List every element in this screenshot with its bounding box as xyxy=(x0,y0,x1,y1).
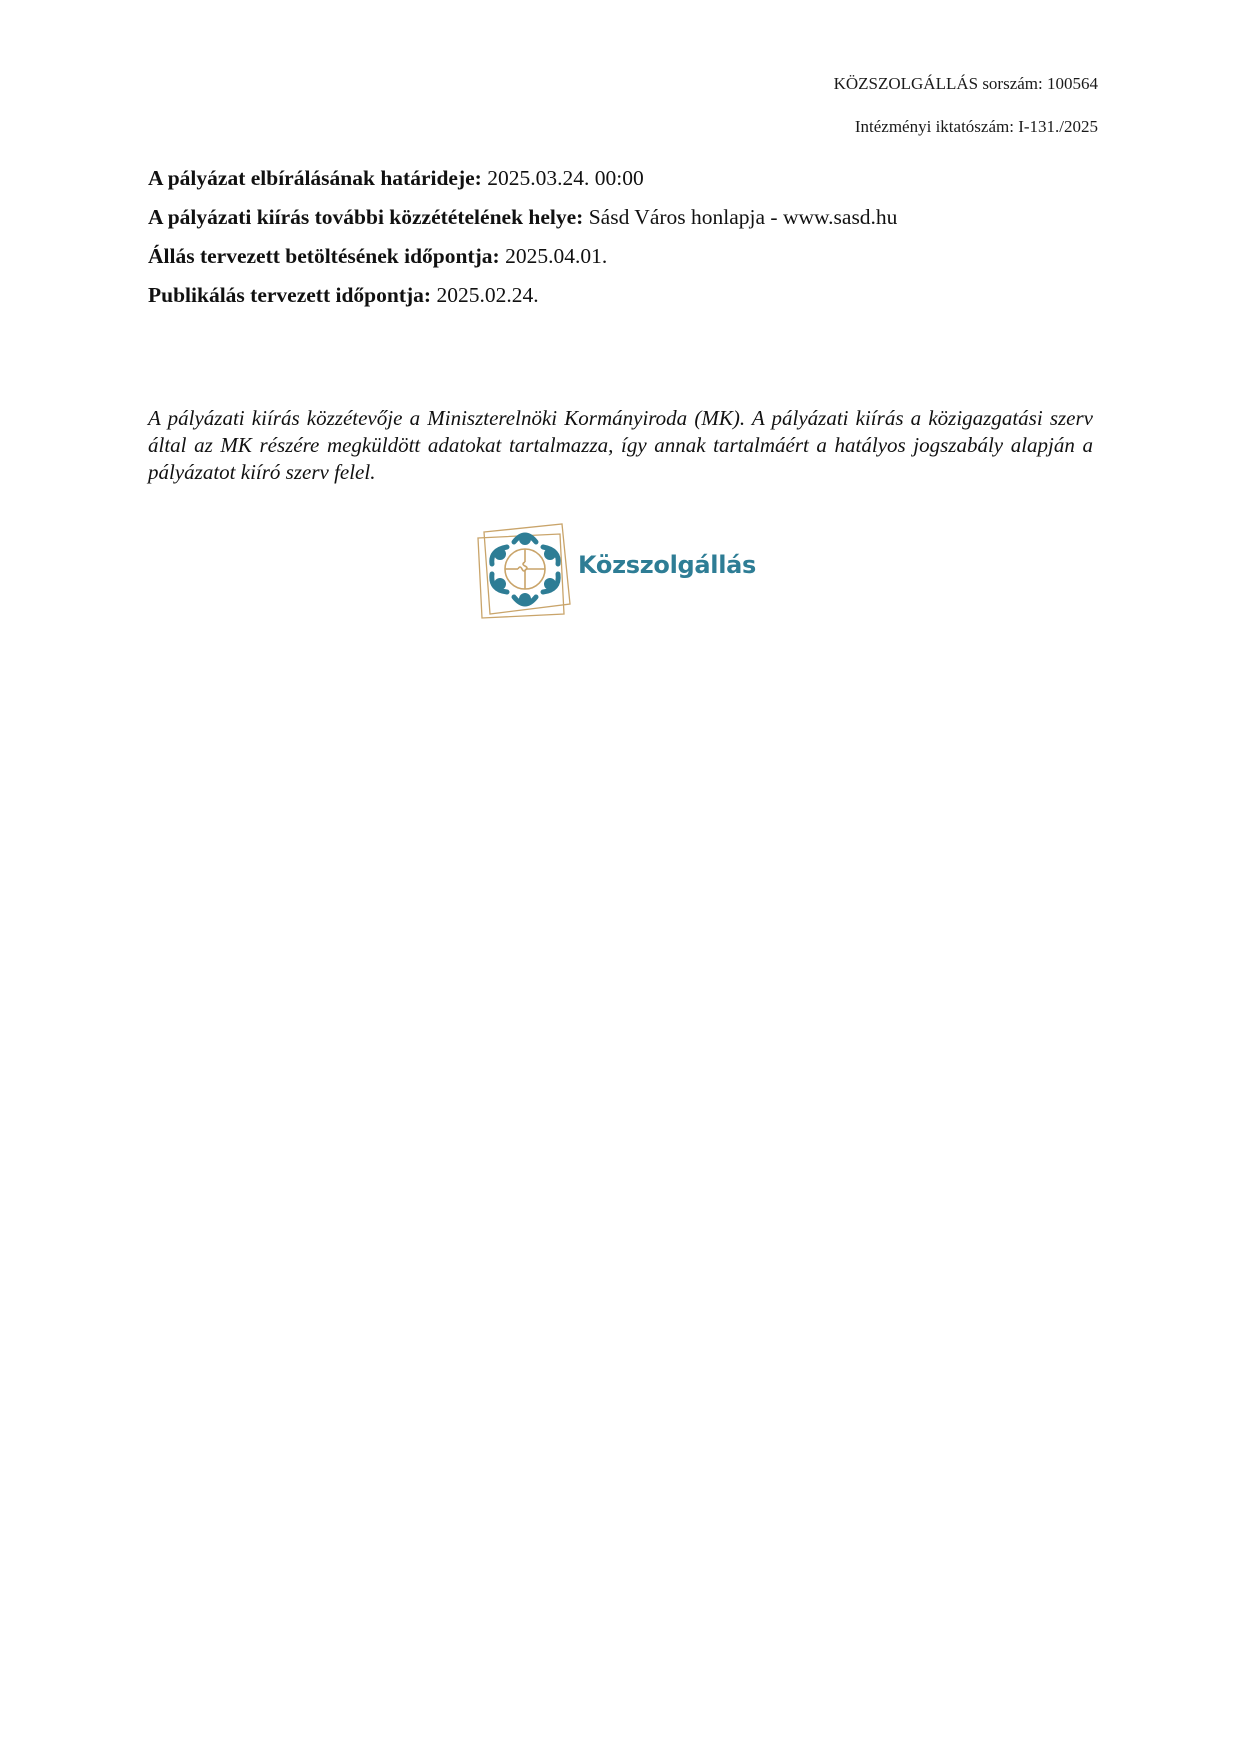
kozszolgallas-reference-number: KÖZSZOLGÁLLÁS sorszám: 100564 xyxy=(834,74,1098,94)
field-label: A pályázat elbírálásának határideje: xyxy=(148,166,482,190)
field-value: 2025.04.01. xyxy=(500,244,608,268)
field-label: Állás tervezett betöltésének időpontja: xyxy=(148,244,500,268)
publication-place-field: A pályázati kiírás további közzétételéne… xyxy=(148,198,1098,237)
institutional-registration-number: Intézményi iktatószám: I-131./2025 xyxy=(855,117,1098,137)
field-label: Publikálás tervezett időpontja: xyxy=(148,283,431,307)
logo-wordmark: Közszolgállás xyxy=(578,551,756,579)
people-circle-puzzle-emblem-icon xyxy=(474,518,578,622)
planned-start-date-field: Állás tervezett betöltésének időpontja: … xyxy=(148,237,1098,276)
field-label: A pályázati kiírás további közzétételéne… xyxy=(148,205,583,229)
planned-publication-date-field: Publikálás tervezett időpontja: 2025.02.… xyxy=(148,276,1098,315)
field-value: Sásd Város honlapja - www.sasd.hu xyxy=(583,205,897,229)
field-value: 2025.03.24. 00:00 xyxy=(482,166,644,190)
application-deadline-field: A pályázat elbírálásának határideje: 202… xyxy=(148,159,1098,198)
publisher-disclaimer: A pályázati kiírás közzétevője a Miniszt… xyxy=(148,405,1093,486)
job-posting-details: A pályázat elbírálásának határideje: 202… xyxy=(148,159,1098,315)
kozszolgallas-logo: Közszolgállás xyxy=(474,518,774,622)
field-value: 2025.02.24. xyxy=(431,283,539,307)
